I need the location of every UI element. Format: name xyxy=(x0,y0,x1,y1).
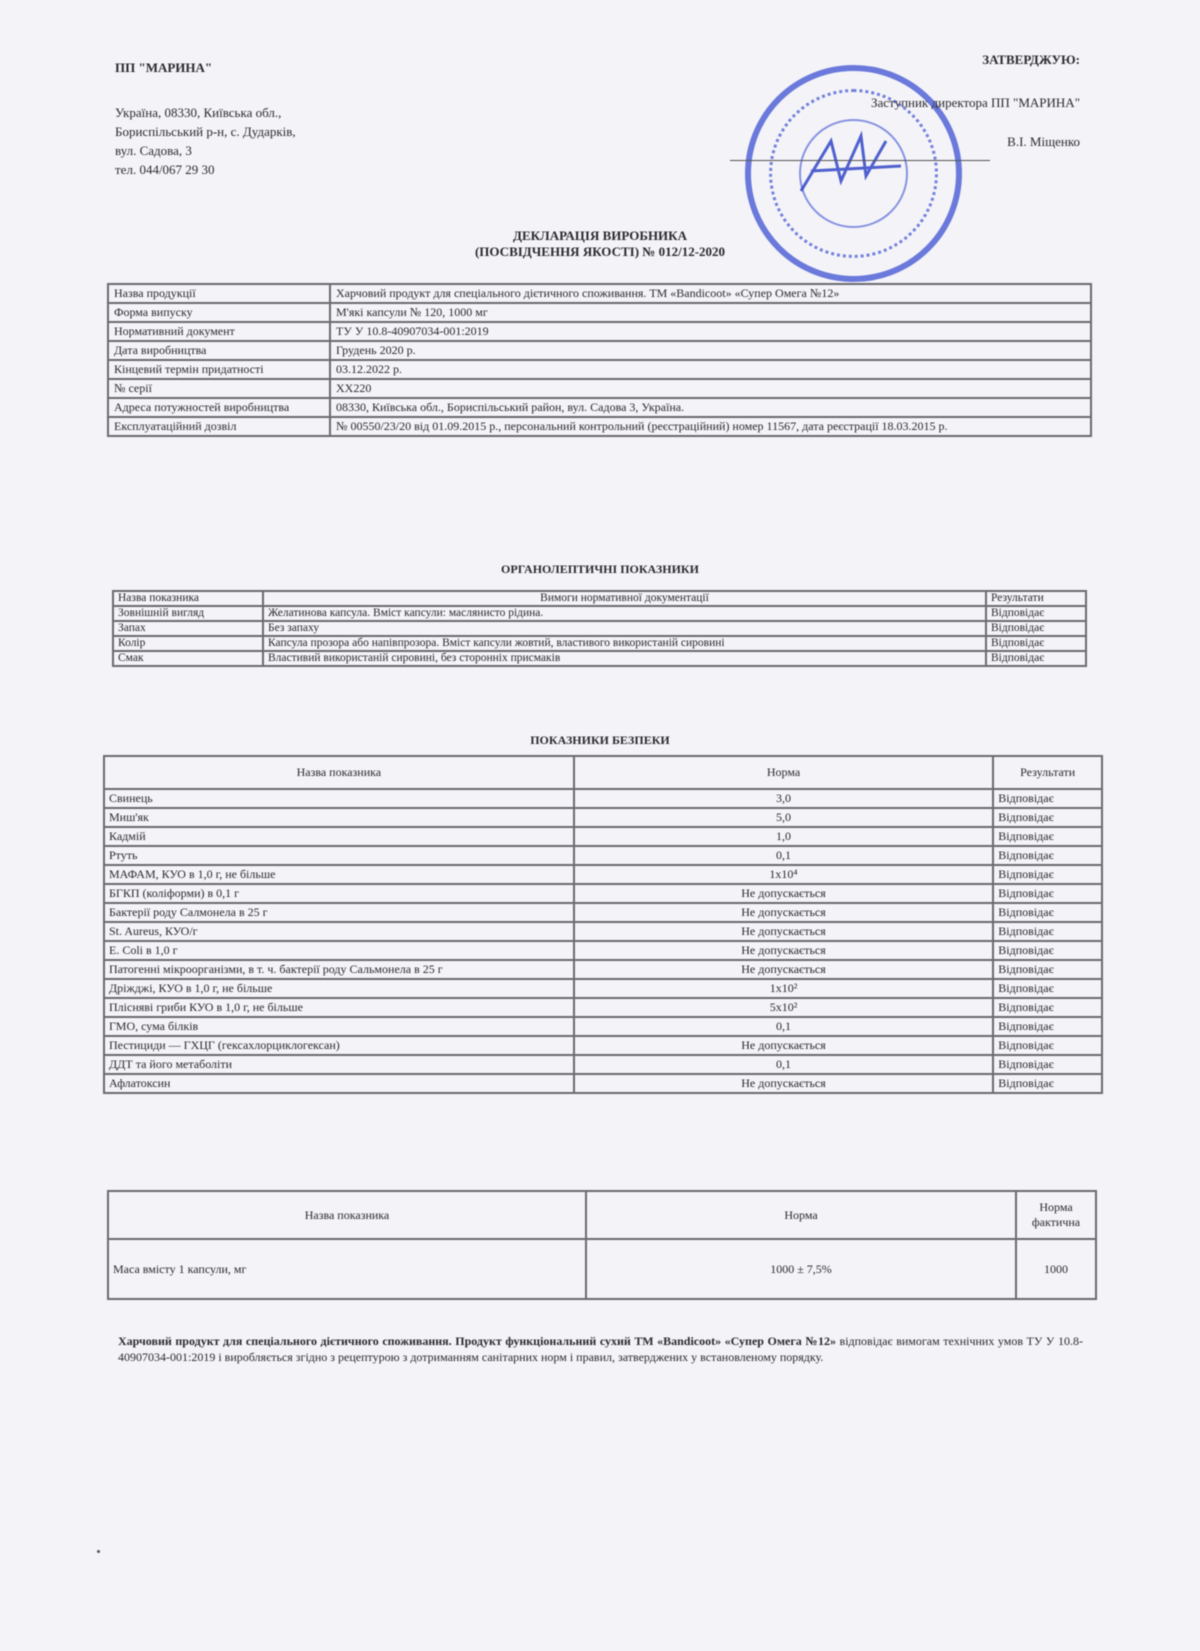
header-cell: Назва показника xyxy=(104,756,574,789)
field-value: М'які капсули № 120, 1000 мг xyxy=(330,303,1091,322)
table-row: АфлатоксинНе допускаєтьсяВідповідає xyxy=(104,1074,1102,1093)
table-row: Форма випускуМ'які капсули № 120, 1000 м… xyxy=(108,303,1091,322)
header-cell: Вимоги нормативної документації xyxy=(263,591,986,606)
table-row: Адреса потужностей виробництва08330, Киї… xyxy=(108,398,1091,417)
table-row: Нормативний документТУ У 10.8-40907034-0… xyxy=(108,322,1091,341)
table-row: БГКП (коліформи) в 0,1 гНе допускаєтьсяВ… xyxy=(104,884,1102,903)
table-row: КолірКапсула прозора або напівпрозора. В… xyxy=(113,636,1086,651)
organization-block: ПП "МАРИНА" Україна, 08330, Київська обл… xyxy=(115,58,296,179)
field-value: 08330, Київська обл., Бориспільський рай… xyxy=(330,398,1091,417)
table-row: Патогенні мікроорганізми, в т. ч. бактер… xyxy=(104,960,1102,979)
indicator-norm: Не допускається xyxy=(574,960,994,979)
address-line: вул. Садова, 3 xyxy=(115,141,296,160)
field-value: 03.12.2022 р. xyxy=(330,360,1091,379)
indicator-name: Кадмій xyxy=(104,827,574,846)
mass-actual: 1000 xyxy=(1016,1239,1096,1299)
indicator-norm: 1x10⁴ xyxy=(574,865,994,884)
table-row: ДДТ та його метаболіти0,1Відповідає xyxy=(104,1055,1102,1074)
safety-section-title: ПОКАЗНИКИ БЕЗПЕКИ xyxy=(0,733,1200,748)
indicator-norm: 3,0 xyxy=(574,789,994,808)
table-cell: Без запаху xyxy=(263,621,986,636)
indicator-name: E. Coli в 1,0 г xyxy=(104,941,574,960)
indicator-result: Відповідає xyxy=(993,865,1102,884)
table-row: Дата виробництваГрудень 2020 р. xyxy=(108,341,1091,360)
scan-speck xyxy=(97,1550,100,1553)
indicator-result: Відповідає xyxy=(993,808,1102,827)
indicator-name: Ртуть xyxy=(104,846,574,865)
indicator-norm: 1x10² xyxy=(574,979,994,998)
table-row: Маса вмісту 1 капсули, мг 1000 ± 7,5% 10… xyxy=(108,1239,1096,1299)
indicator-name: Дріжджі, КУО в 1,0 г, не більше xyxy=(104,979,574,998)
indicator-norm: Не допускається xyxy=(574,884,994,903)
indicator-name: Пестициди — ГХЦГ (гексахлорциклогексан) xyxy=(104,1036,574,1055)
address-line: Бориспільський р-н, с. Дударків, xyxy=(115,122,296,141)
indicator-name: Плісняві гриби КУО в 1,0 г, не більше xyxy=(104,998,574,1017)
field-label: Експлуатаційний дозвіл xyxy=(108,417,330,436)
indicator-result: Відповідає xyxy=(993,1017,1102,1036)
safety-table: Назва показника Норма Результати Свинець… xyxy=(103,755,1103,1094)
table-row: Кадмій1,0Відповідає xyxy=(104,827,1102,846)
table-cell: Капсула прозора або напівпрозора. Вміст … xyxy=(263,636,986,651)
indicator-norm: Не допускається xyxy=(574,1074,994,1093)
field-label: Адреса потужностей виробництва xyxy=(108,398,330,417)
table-row: Бактерії роду Салмонела в 25 гНе допуска… xyxy=(104,903,1102,922)
table-row: Кінцевий термін придатності03.12.2022 р. xyxy=(108,360,1091,379)
field-label: Кінцевий термін придатності xyxy=(108,360,330,379)
table-cell: Відповідає xyxy=(986,606,1086,621)
indicator-result: Відповідає xyxy=(993,1055,1102,1074)
table-cell: Властивий використаній сировині, без сто… xyxy=(263,651,986,666)
indicator-name: Бактерії роду Салмонела в 25 г xyxy=(104,903,574,922)
indicator-norm: Не допускається xyxy=(574,941,994,960)
indicator-result: Відповідає xyxy=(993,903,1102,922)
table-row: Назва продукціїХарчовий продукт для спец… xyxy=(108,284,1091,303)
indicator-result: Відповідає xyxy=(993,922,1102,941)
conclusion-paragraph: Харчовий продукт для спеціального дієтич… xyxy=(118,1333,1083,1365)
table-row: Миш'як5,0Відповідає xyxy=(104,808,1102,827)
approval-position: Заступник директора ПП "МАРИНА" xyxy=(760,93,1080,112)
table-row: ГМО, сума білків0,1Відповідає xyxy=(104,1017,1102,1036)
indicator-name: МАФАМ, КУО в 1,0 г, не більше xyxy=(104,865,574,884)
field-value: Грудень 2020 р. xyxy=(330,341,1091,360)
organoleptic-section-title: ОРГАНОЛЕПТИЧНІ ПОКАЗНИКИ xyxy=(0,562,1200,577)
indicator-result: Відповідає xyxy=(993,789,1102,808)
table-row: Дріжджі, КУО в 1,0 г, не більше1x10²Відп… xyxy=(104,979,1102,998)
table-row: Плісняві гриби КУО в 1,0 г, не більше5x1… xyxy=(104,998,1102,1017)
indicator-result: Відповідає xyxy=(993,979,1102,998)
table-row: Ртуть0,1Відповідає xyxy=(104,846,1102,865)
field-label: Форма випуску xyxy=(108,303,330,322)
field-value: Харчовий продукт для спеціального дієтич… xyxy=(330,284,1091,303)
signature-line xyxy=(730,160,990,161)
indicator-result: Відповідає xyxy=(993,941,1102,960)
indicator-result: Відповідає xyxy=(993,1074,1102,1093)
organization-name: ПП "МАРИНА" xyxy=(115,58,296,77)
indicator-result: Відповідає xyxy=(993,960,1102,979)
table-row: Експлуатаційний дозвіл№ 00550/23/20 від … xyxy=(108,417,1091,436)
table-row: ЗапахБез запахуВідповідає xyxy=(113,621,1086,636)
indicator-result: Відповідає xyxy=(993,827,1102,846)
organoleptic-table: Назва показника Вимоги нормативної докум… xyxy=(112,590,1087,667)
header-cell: Назва показника xyxy=(113,591,263,606)
indicator-result: Відповідає xyxy=(993,884,1102,903)
field-label: Дата виробництва xyxy=(108,341,330,360)
table-row: № серіїХХ220 xyxy=(108,379,1091,398)
address-line: Україна, 08330, Київська обл., xyxy=(115,103,296,122)
table-row: Свинець3,0Відповідає xyxy=(104,789,1102,808)
header-cell: Результати xyxy=(986,591,1086,606)
indicator-name: БГКП (коліформи) в 0,1 г xyxy=(104,884,574,903)
header-cell: Результати xyxy=(993,756,1102,789)
header-cell: Норма фактична xyxy=(1016,1191,1096,1239)
table-cell: Відповідає xyxy=(986,621,1086,636)
indicator-name: Патогенні мікроорганізми, в т. ч. бактер… xyxy=(104,960,574,979)
indicator-name: Афлатоксин xyxy=(104,1074,574,1093)
indicator-name: Свинець xyxy=(104,789,574,808)
approval-signer: В.І. Міщенко xyxy=(760,132,1080,151)
indicator-name: ДДТ та його метаболіти xyxy=(104,1055,574,1074)
table-row: МАФАМ, КУО в 1,0 г, не більше1x10⁴Відпов… xyxy=(104,865,1102,884)
indicator-norm: 0,1 xyxy=(574,846,994,865)
table-row: Пестициди — ГХЦГ (гексахлорциклогексан)Н… xyxy=(104,1036,1102,1055)
indicator-norm: 0,1 xyxy=(574,1017,994,1036)
indicator-norm: 5,0 xyxy=(574,808,994,827)
approval-title: ЗАТВЕРДЖУЮ: xyxy=(760,50,1080,69)
table-cell: Запах xyxy=(113,621,263,636)
product-info-table: Назва продукціїХарчовий продукт для спец… xyxy=(107,283,1092,437)
table-cell: Відповідає xyxy=(986,636,1086,651)
field-value: № 00550/23/20 від 01.09.2015 р., персона… xyxy=(330,417,1091,436)
table-cell: Желатинова капсула. Вміст капсули: масля… xyxy=(263,606,986,621)
table-row: St. Aureus, КУО/гНе допускаєтьсяВідповід… xyxy=(104,922,1102,941)
table-row: СмакВластивий використаній сировині, без… xyxy=(113,651,1086,666)
table-cell: Відповідає xyxy=(986,651,1086,666)
field-label: Нормативний документ xyxy=(108,322,330,341)
indicator-result: Відповідає xyxy=(993,998,1102,1017)
table-row: Зовнішній виглядЖелатинова капсула. Вміс… xyxy=(113,606,1086,621)
table-cell: Смак xyxy=(113,651,263,666)
indicator-norm: Не допускається xyxy=(574,922,994,941)
indicator-norm: 5x10² xyxy=(574,998,994,1017)
indicator-result: Відповідає xyxy=(993,1036,1102,1055)
indicator-name: St. Aureus, КУО/г xyxy=(104,922,574,941)
mass-table: Назва показника Норма Норма фактична Мас… xyxy=(107,1190,1097,1300)
indicator-norm: Не допускається xyxy=(574,903,994,922)
header-cell: Норма xyxy=(574,756,994,789)
field-label: Назва продукції xyxy=(108,284,330,303)
field-label: № серії xyxy=(108,379,330,398)
indicator-norm: 1,0 xyxy=(574,827,994,846)
table-cell: Зовнішній вигляд xyxy=(113,606,263,621)
document-title: ДЕКЛАРАЦІЯ ВИРОБНИКА (ПОСВІДЧЕННЯ ЯКОСТІ… xyxy=(0,228,1200,260)
conclusion-bold: Харчовий продукт для спеціального дієтич… xyxy=(118,1334,836,1348)
table-row: E. Coli в 1,0 гНе допускаєтьсяВідповідає xyxy=(104,941,1102,960)
header-cell: Назва показника xyxy=(108,1191,586,1239)
field-value: ТУ У 10.8-40907034-001:2019 xyxy=(330,322,1091,341)
phone-line: тел. 044/067 29 30 xyxy=(115,160,296,179)
document-page: ПП "МАРИНА" Україна, 08330, Київська обл… xyxy=(0,0,1200,1651)
approval-block: ЗАТВЕРДЖУЮ: Заступник директора ПП "МАРИ… xyxy=(760,50,1080,151)
indicator-norm: Не допускається xyxy=(574,1036,994,1055)
header-cell: Норма xyxy=(586,1191,1016,1239)
indicator-name: ГМО, сума білків xyxy=(104,1017,574,1036)
field-value: ХХ220 xyxy=(330,379,1091,398)
indicator-name: Миш'як xyxy=(104,808,574,827)
mass-norm: 1000 ± 7,5% xyxy=(586,1239,1016,1299)
indicator-norm: 0,1 xyxy=(574,1055,994,1074)
table-cell: Колір xyxy=(113,636,263,651)
indicator-result: Відповідає xyxy=(993,846,1102,865)
mass-label: Маса вмісту 1 капсули, мг xyxy=(108,1239,586,1299)
